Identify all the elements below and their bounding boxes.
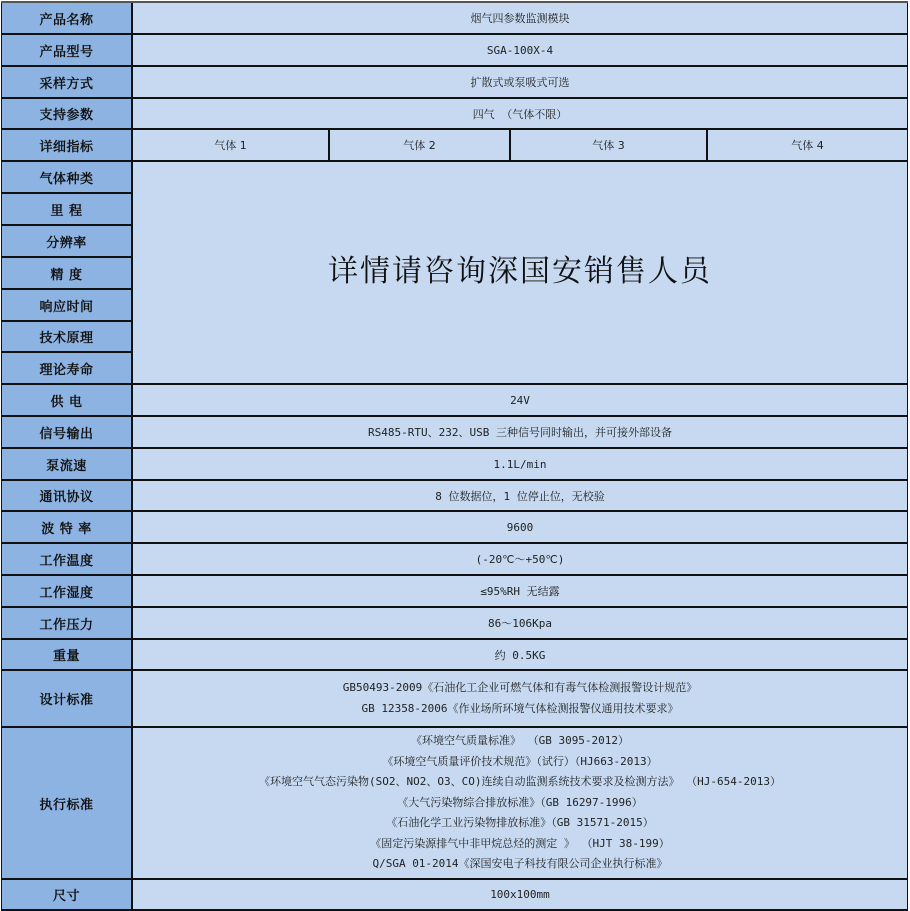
label-range: 里 程 bbox=[1, 194, 133, 226]
label-lifetime: 理论寿命 bbox=[1, 353, 133, 383]
row-baud: 波 特 率 9600 bbox=[1, 512, 908, 544]
label-product-name: 产品名称 bbox=[1, 3, 133, 33]
row-detail: 详细指标 气体 1 气体 2 气体 3 气体 4 bbox=[1, 130, 908, 162]
label-signal: 信号输出 bbox=[1, 417, 133, 447]
label-protocol: 通讯协议 bbox=[1, 481, 133, 510]
label-resolution: 分辨率 bbox=[1, 226, 133, 258]
row-product-name: 产品名称 烟气四参数监测模块 bbox=[1, 3, 908, 35]
row-exec-std: 执行标准 《环境空气质量标准》 （GB 3095-2012） 《环境空气质量评价… bbox=[1, 728, 908, 880]
row-sampling: 采样方式 扩散式或泵吸式可选 bbox=[1, 67, 908, 99]
label-product-model: 产品型号 bbox=[1, 35, 133, 65]
spec-table: 产品名称 烟气四参数监测模块 产品型号 SGA-100X-4 采样方式 扩散式或… bbox=[1, 1, 908, 911]
exec-std-line: 《石油化学工业污染物排放标准》（GB 31571-2015） bbox=[386, 813, 654, 834]
row-weight: 重量 约 0.5KG bbox=[1, 640, 908, 671]
label-pressure: 工作压力 bbox=[1, 608, 133, 638]
row-signal: 信号输出 RS485-RTU、232、USB 三种信号同时输出，并可接外部设备 bbox=[1, 417, 908, 449]
value-pressure: 86～106Kpa bbox=[133, 608, 908, 638]
label-params: 支持参数 bbox=[1, 99, 133, 128]
gas-3-header: 气体 3 bbox=[511, 130, 708, 160]
value-exec-std: 《环境空气质量标准》 （GB 3095-2012） 《环境空气质量评价技术规范》… bbox=[133, 728, 908, 878]
row-protocol: 通讯协议 8 位数据位，1 位停止位，无校验 bbox=[1, 481, 908, 512]
exec-std-line: 《固定污染源排气中非甲烷总烃的测定 》 （HJT 38-199） bbox=[370, 834, 669, 855]
gas-2-header: 气体 2 bbox=[330, 130, 511, 160]
value-protocol: 8 位数据位，1 位停止位，无校验 bbox=[133, 481, 908, 510]
value-pump-flow: 1.1L/min bbox=[133, 449, 908, 479]
gas-detail-labels: 气体种类 里 程 分辨率 精 度 响应时间 技术原理 理论寿命 bbox=[1, 162, 133, 383]
row-pressure: 工作压力 86～106Kpa bbox=[1, 608, 908, 640]
label-humidity: 工作湿度 bbox=[1, 576, 133, 606]
exec-std-line: Q/SGA 01-2014《深国安电子科技有限公司企业执行标准》 bbox=[372, 854, 667, 875]
label-gas-type: 气体种类 bbox=[1, 162, 133, 194]
value-design-std: GB50493-2009《石油化工企业可燃气体和有毒气体检测报警设计规范》 GB… bbox=[133, 671, 908, 726]
value-product-model: SGA-100X-4 bbox=[133, 35, 908, 65]
label-pump-flow: 泵流速 bbox=[1, 449, 133, 479]
exec-std-line: 《环境空气质量评价技术规范》（试行）（HJ663-2013） bbox=[382, 752, 657, 773]
label-power: 供 电 bbox=[1, 385, 133, 415]
value-sampling: 扩散式或泵吸式可选 bbox=[133, 67, 908, 97]
value-power: 24V bbox=[133, 385, 908, 415]
label-detail: 详细指标 bbox=[1, 130, 133, 160]
row-temp: 工作温度 (-20℃～+50℃) bbox=[1, 544, 908, 576]
value-params: 四气 （气体不限） bbox=[133, 99, 908, 128]
value-humidity: ≤95%RH 无结露 bbox=[133, 576, 908, 606]
value-weight: 约 0.5KG bbox=[133, 640, 908, 669]
row-humidity: 工作湿度 ≤95%RH 无结露 bbox=[1, 576, 908, 608]
consult-note: 详情请咨询深国安销售人员 bbox=[133, 162, 908, 383]
exec-std-line: 《大气污染物综合排放标准》（GB 16297-1996） bbox=[397, 793, 643, 814]
exec-std-line: 《环境空气质量标准》 （GB 3095-2012） bbox=[411, 731, 629, 752]
gas-columns: 气体 1 气体 2 气体 3 气体 4 bbox=[133, 130, 908, 160]
label-exec-std: 执行标准 bbox=[1, 728, 133, 878]
label-accuracy: 精 度 bbox=[1, 258, 133, 290]
label-temp: 工作温度 bbox=[1, 544, 133, 574]
gas-4-header: 气体 4 bbox=[708, 130, 907, 160]
row-size: 尺寸 100x100mm bbox=[1, 880, 908, 911]
label-design-std: 设计标准 bbox=[1, 671, 133, 726]
exec-std-line: 《环境空气气态污染物(SO2、NO2、O3、CO)连续自动监测系统技术要求及检测… bbox=[259, 772, 781, 793]
label-weight: 重量 bbox=[1, 640, 133, 669]
label-size: 尺寸 bbox=[1, 880, 133, 909]
value-size: 100x100mm bbox=[133, 880, 908, 909]
row-pump-flow: 泵流速 1.1L/min bbox=[1, 449, 908, 481]
value-temp: (-20℃～+50℃) bbox=[133, 544, 908, 574]
row-power: 供 电 24V bbox=[1, 385, 908, 417]
row-gas-details: 气体种类 里 程 分辨率 精 度 响应时间 技术原理 理论寿命 详情请咨询深国安… bbox=[1, 162, 908, 385]
label-sampling: 采样方式 bbox=[1, 67, 133, 97]
design-std-line: GB50493-2009《石油化工企业可燃气体和有毒气体检测报警设计规范》 bbox=[343, 678, 697, 699]
value-signal: RS485-RTU、232、USB 三种信号同时输出，并可接外部设备 bbox=[133, 417, 908, 447]
row-design-std: 设计标准 GB50493-2009《石油化工企业可燃气体和有毒气体检测报警设计规… bbox=[1, 671, 908, 728]
row-product-model: 产品型号 SGA-100X-4 bbox=[1, 35, 908, 67]
gas-1-header: 气体 1 bbox=[133, 130, 330, 160]
value-product-name: 烟气四参数监测模块 bbox=[133, 3, 908, 33]
label-principle: 技术原理 bbox=[1, 322, 133, 353]
label-response: 响应时间 bbox=[1, 290, 133, 322]
label-baud: 波 特 率 bbox=[1, 512, 133, 542]
value-baud: 9600 bbox=[133, 512, 908, 542]
row-params: 支持参数 四气 （气体不限） bbox=[1, 99, 908, 130]
design-std-line: GB 12358-2006《作业场所环境气体检测报警仪通用技术要求》 bbox=[361, 699, 678, 720]
